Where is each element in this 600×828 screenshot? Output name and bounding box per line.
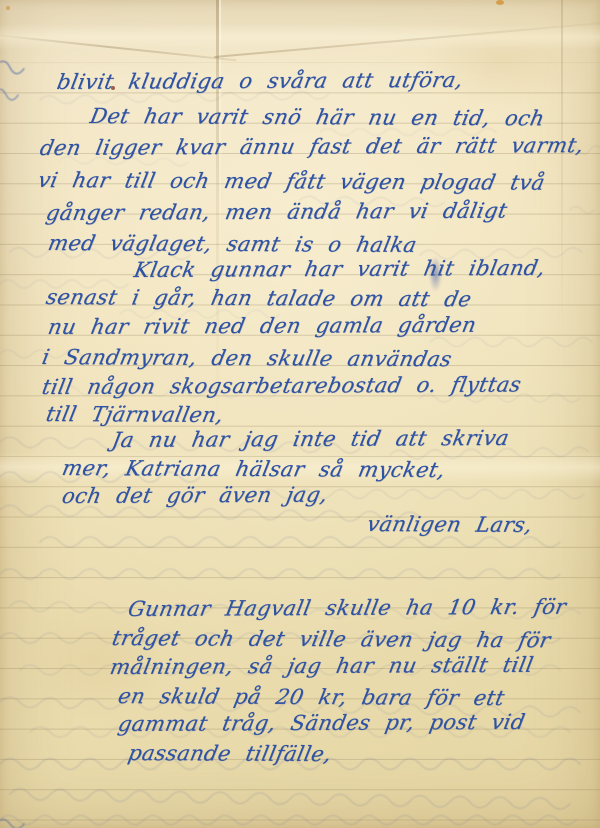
- letter-line: Ja nu har jag inte tid att skriva: [110, 426, 511, 452]
- letter-line: målningen, så jag har nu ställt till: [108, 653, 536, 679]
- letter-line: senast i går, han talade om att de: [44, 285, 474, 311]
- letter-line: Gunnar Hagvall skulle ha 10 kr. för: [126, 595, 568, 621]
- letter-line: Det har varit snö här nu en tid, och: [88, 104, 547, 130]
- letter-line: mer, Katriana hälsar så mycket,: [60, 456, 447, 482]
- letter-line: gammat tråg, Sändes pr, post vid: [116, 710, 527, 736]
- letter-line: blivit kluddiga o svåra att utföra,: [55, 68, 465, 94]
- letter-line: gånger redan, men ändå har vi dåligt: [44, 199, 509, 225]
- letter-line: och det gör även jag,: [60, 483, 330, 508]
- letter-line: till någon skogsarbetarebostad o. flytta…: [40, 372, 523, 399]
- letter-line: i Sandmyran, den skulle användas: [40, 345, 454, 371]
- letter-line: passande tillfälle,: [126, 741, 334, 766]
- signature: vänligen Lars,: [365, 512, 535, 537]
- letter-line: nu har rivit ned den gamla gården: [46, 313, 478, 339]
- letter-line: tråget och det ville även jag ha för: [110, 626, 553, 652]
- letter-line: till Tjärnvallen,: [44, 402, 226, 427]
- letter-line: den ligger kvar ännu fast det är rätt va…: [38, 133, 586, 160]
- letter-line: med väglaget, samt is o halka: [46, 231, 419, 257]
- letter-line: en skuld på 20 kr, bara för ett: [116, 684, 507, 710]
- letter-page: blivit kluddiga o svåra att utföra, Det …: [0, 0, 600, 828]
- letter-line: Klack gunnar har varit hit ibland,: [132, 256, 547, 282]
- letter-line: vi har till och med fått vägen plogad tv…: [36, 168, 547, 195]
- letter-text: blivit kluddiga o svåra att utföra, Det …: [0, 0, 600, 828]
